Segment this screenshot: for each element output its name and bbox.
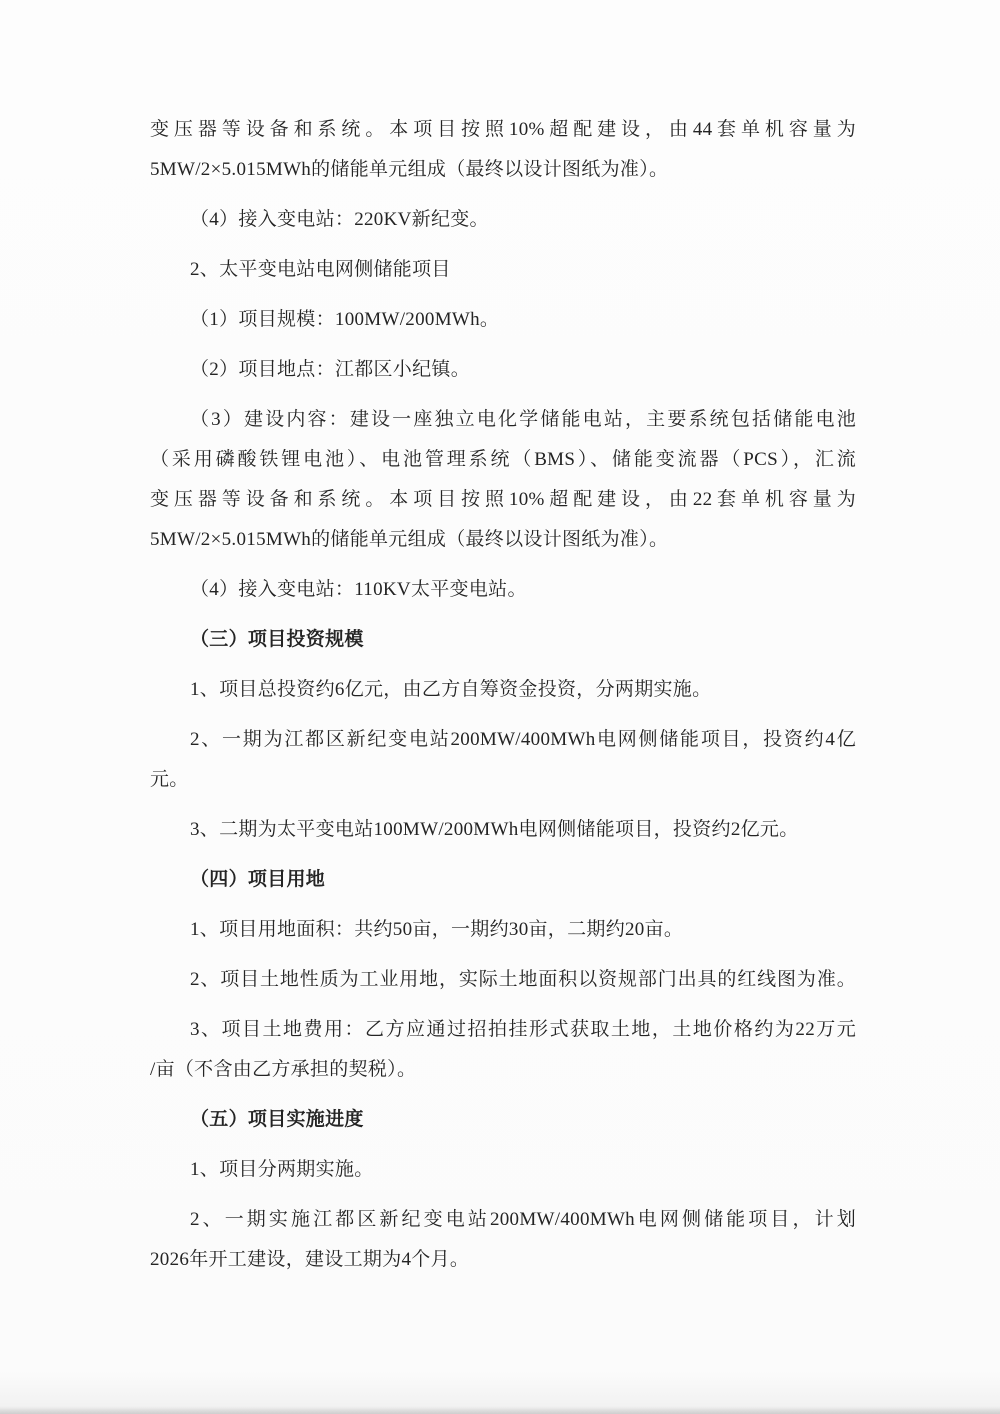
heading-text: （三）项目投资规模 xyxy=(150,620,856,660)
paragraph: （2）项目地点：江都区小纪镇。 xyxy=(150,350,856,390)
paragraph-line: 1、项目用地面积：共约50亩，一期约30亩，二期约20亩。 xyxy=(150,910,856,950)
paragraph-line: 2、项目土地性质为工业用地，实际土地面积以资规部门出具的红线图为准。 xyxy=(150,960,856,1000)
paragraph: （4）接入变电站：110KV太平变电站。 xyxy=(150,570,856,610)
paragraph-line: 2、一期为江都区新纪变电站200MW/400MWh电网侧储能项目，投资约4亿 xyxy=(150,720,856,760)
paragraph-line: （2）项目地点：江都区小纪镇。 xyxy=(150,350,856,390)
paragraph-line: 5MW/2×5.015MWh的储能单元组成（最终以设计图纸为准）。 xyxy=(150,520,856,560)
paragraph-line: （4）接入变电站：220KV新纪变。 xyxy=(150,200,856,240)
paragraph-line: （4）接入变电站：110KV太平变电站。 xyxy=(150,570,856,610)
section-heading-project-land: （四）项目用地 xyxy=(150,860,856,900)
paragraph-line: 1、项目总投资约6亿元，由乙方自筹资金投资，分两期实施。 xyxy=(150,670,856,710)
document-page: 变压器等设备和系统。本项目按照10%超配建设，由44套单机容量为 5MW/2×5… xyxy=(0,0,1000,1414)
scan-edge-shadow xyxy=(0,1407,1000,1414)
paragraph: （3）建设内容：建设一座独立电化学储能电站，主要系统包括储能电池 （采用磷酸铁锂… xyxy=(150,400,856,560)
paragraph-line: （1）项目规模：100MW/200MWh。 xyxy=(150,300,856,340)
paragraph-line: 变压器等设备和系统。本项目按照10%超配建设，由22套单机容量为 xyxy=(150,480,856,520)
paragraph: （1）项目规模：100MW/200MWh。 xyxy=(150,300,856,340)
paragraph: （4）接入变电站：220KV新纪变。 xyxy=(150,200,856,240)
paragraph-line: 2、太平变电站电网侧储能项目 xyxy=(150,250,856,290)
paragraph-line: 2、一期实施江都区新纪变电站200MW/400MWh电网侧储能项目，计划 xyxy=(150,1200,856,1240)
paragraph-line: （采用磷酸铁锂电池）、电池管理系统（BMS）、储能变流器（PCS），汇流 xyxy=(150,440,856,480)
paragraph-line: 1、项目分两期实施。 xyxy=(150,1150,856,1190)
paragraph: 3、项目土地费用：乙方应通过招拍挂形式获取土地，土地价格约为22万元 /亩（不含… xyxy=(150,1010,856,1090)
paragraph-line: 3、二期为太平变电站100MW/200MWh电网侧储能项目，投资约2亿元。 xyxy=(150,810,856,850)
paragraph: 2、太平变电站电网侧储能项目 xyxy=(150,250,856,290)
document-body: 变压器等设备和系统。本项目按照10%超配建设，由44套单机容量为 5MW/2×5… xyxy=(150,110,856,1290)
paragraph-line: 3、项目土地费用：乙方应通过招拍挂形式获取土地，土地价格约为22万元 xyxy=(150,1010,856,1050)
paragraph: 2、项目土地性质为工业用地，实际土地面积以资规部门出具的红线图为准。 xyxy=(150,960,856,1000)
heading-text: （五）项目实施进度 xyxy=(150,1100,856,1140)
paragraph: 1、项目分两期实施。 xyxy=(150,1150,856,1190)
paragraph-line: 变压器等设备和系统。本项目按照10%超配建设，由44套单机容量为 xyxy=(150,110,856,150)
paragraph: 变压器等设备和系统。本项目按照10%超配建设，由44套单机容量为 5MW/2×5… xyxy=(150,110,856,190)
paragraph-line: 5MW/2×5.015MWh的储能单元组成（最终以设计图纸为准）。 xyxy=(150,150,856,190)
paragraph-line: 2026年开工建设，建设工期为4个月。 xyxy=(150,1240,856,1280)
paragraph: 2、一期为江都区新纪变电站200MW/400MWh电网侧储能项目，投资约4亿 元… xyxy=(150,720,856,800)
paragraph-line: /亩（不含由乙方承担的契税）。 xyxy=(150,1050,856,1090)
heading-text: （四）项目用地 xyxy=(150,860,856,900)
paragraph: 1、项目用地面积：共约50亩，一期约30亩，二期约20亩。 xyxy=(150,910,856,950)
paragraph: 1、项目总投资约6亿元，由乙方自筹资金投资，分两期实施。 xyxy=(150,670,856,710)
paragraph: 3、二期为太平变电站100MW/200MWh电网侧储能项目，投资约2亿元。 xyxy=(150,810,856,850)
section-heading-investment-scale: （三）项目投资规模 xyxy=(150,620,856,660)
paragraph-line: 元。 xyxy=(150,760,856,800)
paragraph: 2、一期实施江都区新纪变电站200MW/400MWh电网侧储能项目，计划 202… xyxy=(150,1200,856,1280)
paragraph-line: （3）建设内容：建设一座独立电化学储能电站，主要系统包括储能电池 xyxy=(150,400,856,440)
section-heading-implementation-schedule: （五）项目实施进度 xyxy=(150,1100,856,1140)
